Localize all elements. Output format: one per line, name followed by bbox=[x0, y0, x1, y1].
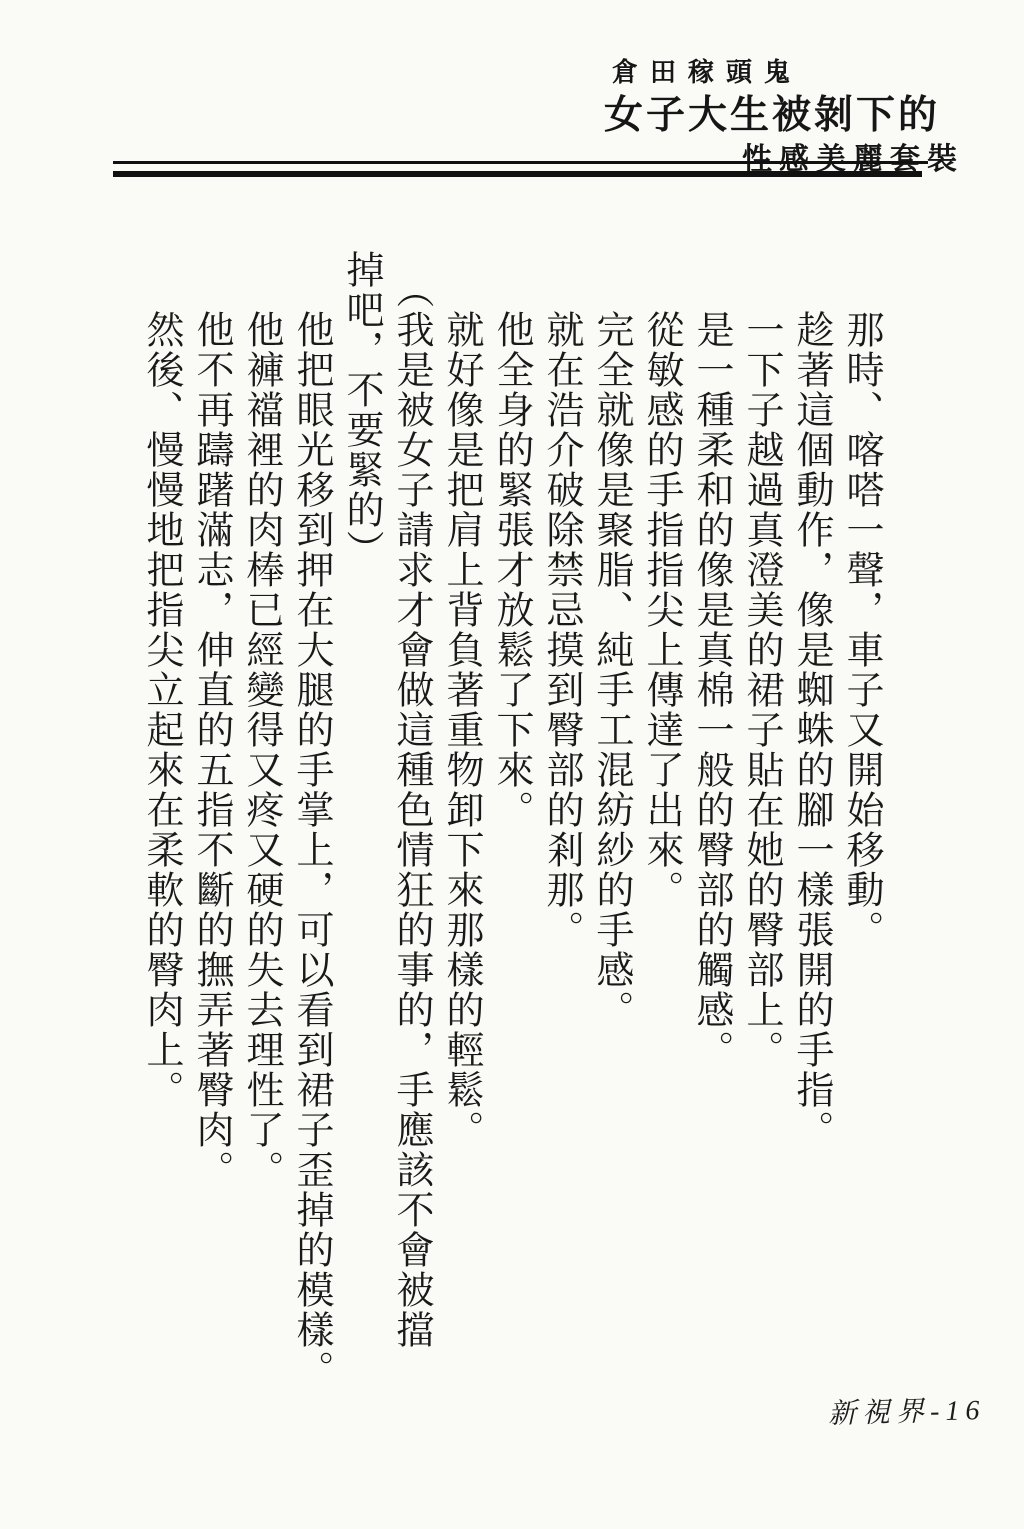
text-column: 是一種柔和的像是真棉一般的臀部的觸感。 bbox=[686, 250, 736, 1450]
book-title: 女子大生被剝下的 bbox=[604, 84, 940, 140]
text-column-parenthetical-start: （我是被女子請求才會做這種色情狂的事的，手應該不會被擋 bbox=[386, 250, 436, 1450]
text-column: 他褲襠裡的肉棒已經變得又疼又硬的失去理性了。 bbox=[236, 250, 286, 1450]
body-text: 那時、喀嗒一聲，車子又開始移動。 趁著這個動作，像是蜘蛛的腳一樣張開的手指。 一… bbox=[136, 250, 886, 1450]
text-column: 他把眼光移到押在大腿的手掌上，可以看到裙子歪掉的模樣。 bbox=[286, 250, 336, 1450]
text-column: 然後、慢慢地把指尖立起來在柔軟的臀肉上。 bbox=[136, 250, 186, 1450]
header-divider-bottom-line bbox=[113, 171, 922, 177]
header-divider-top-line bbox=[113, 161, 928, 164]
text-column-parenthetical-end: 掉吧，不要緊的） bbox=[336, 250, 386, 1450]
text-column: 趁著這個動作，像是蜘蛛的腳一樣張開的手指。 bbox=[786, 250, 836, 1450]
text-column: 就好像是把肩上背負著重物卸下來那樣的輕鬆。 bbox=[436, 250, 486, 1450]
text-column: 那時、喀嗒一聲，車子又開始移動。 bbox=[836, 250, 886, 1450]
text-column: 他全身的緊張才放鬆了下來。 bbox=[486, 250, 536, 1450]
scanned-book-page: 倉田稼頭鬼 女子大生被剝下的 性感美麗套裝 那時、喀嗒一聲，車子又開始移動。 趁… bbox=[0, 0, 1024, 1529]
text-column: 從敏感的手指指尖上傳達了出來。 bbox=[636, 250, 686, 1450]
text-column: 完全就像是聚脂、純手工混紡紗的手感。 bbox=[586, 250, 636, 1450]
page-number-label: 新視界-16 bbox=[828, 1388, 986, 1432]
text-column: 就在浩介破除禁忌摸到臀部的剎那。 bbox=[536, 250, 586, 1450]
text-column: 一下子越過真澄美的裙子貼在她的臀部上。 bbox=[736, 250, 786, 1450]
text-column: 他不再躊躇滿志，伸直的五指不斷的撫弄著臀肉。 bbox=[186, 250, 236, 1450]
